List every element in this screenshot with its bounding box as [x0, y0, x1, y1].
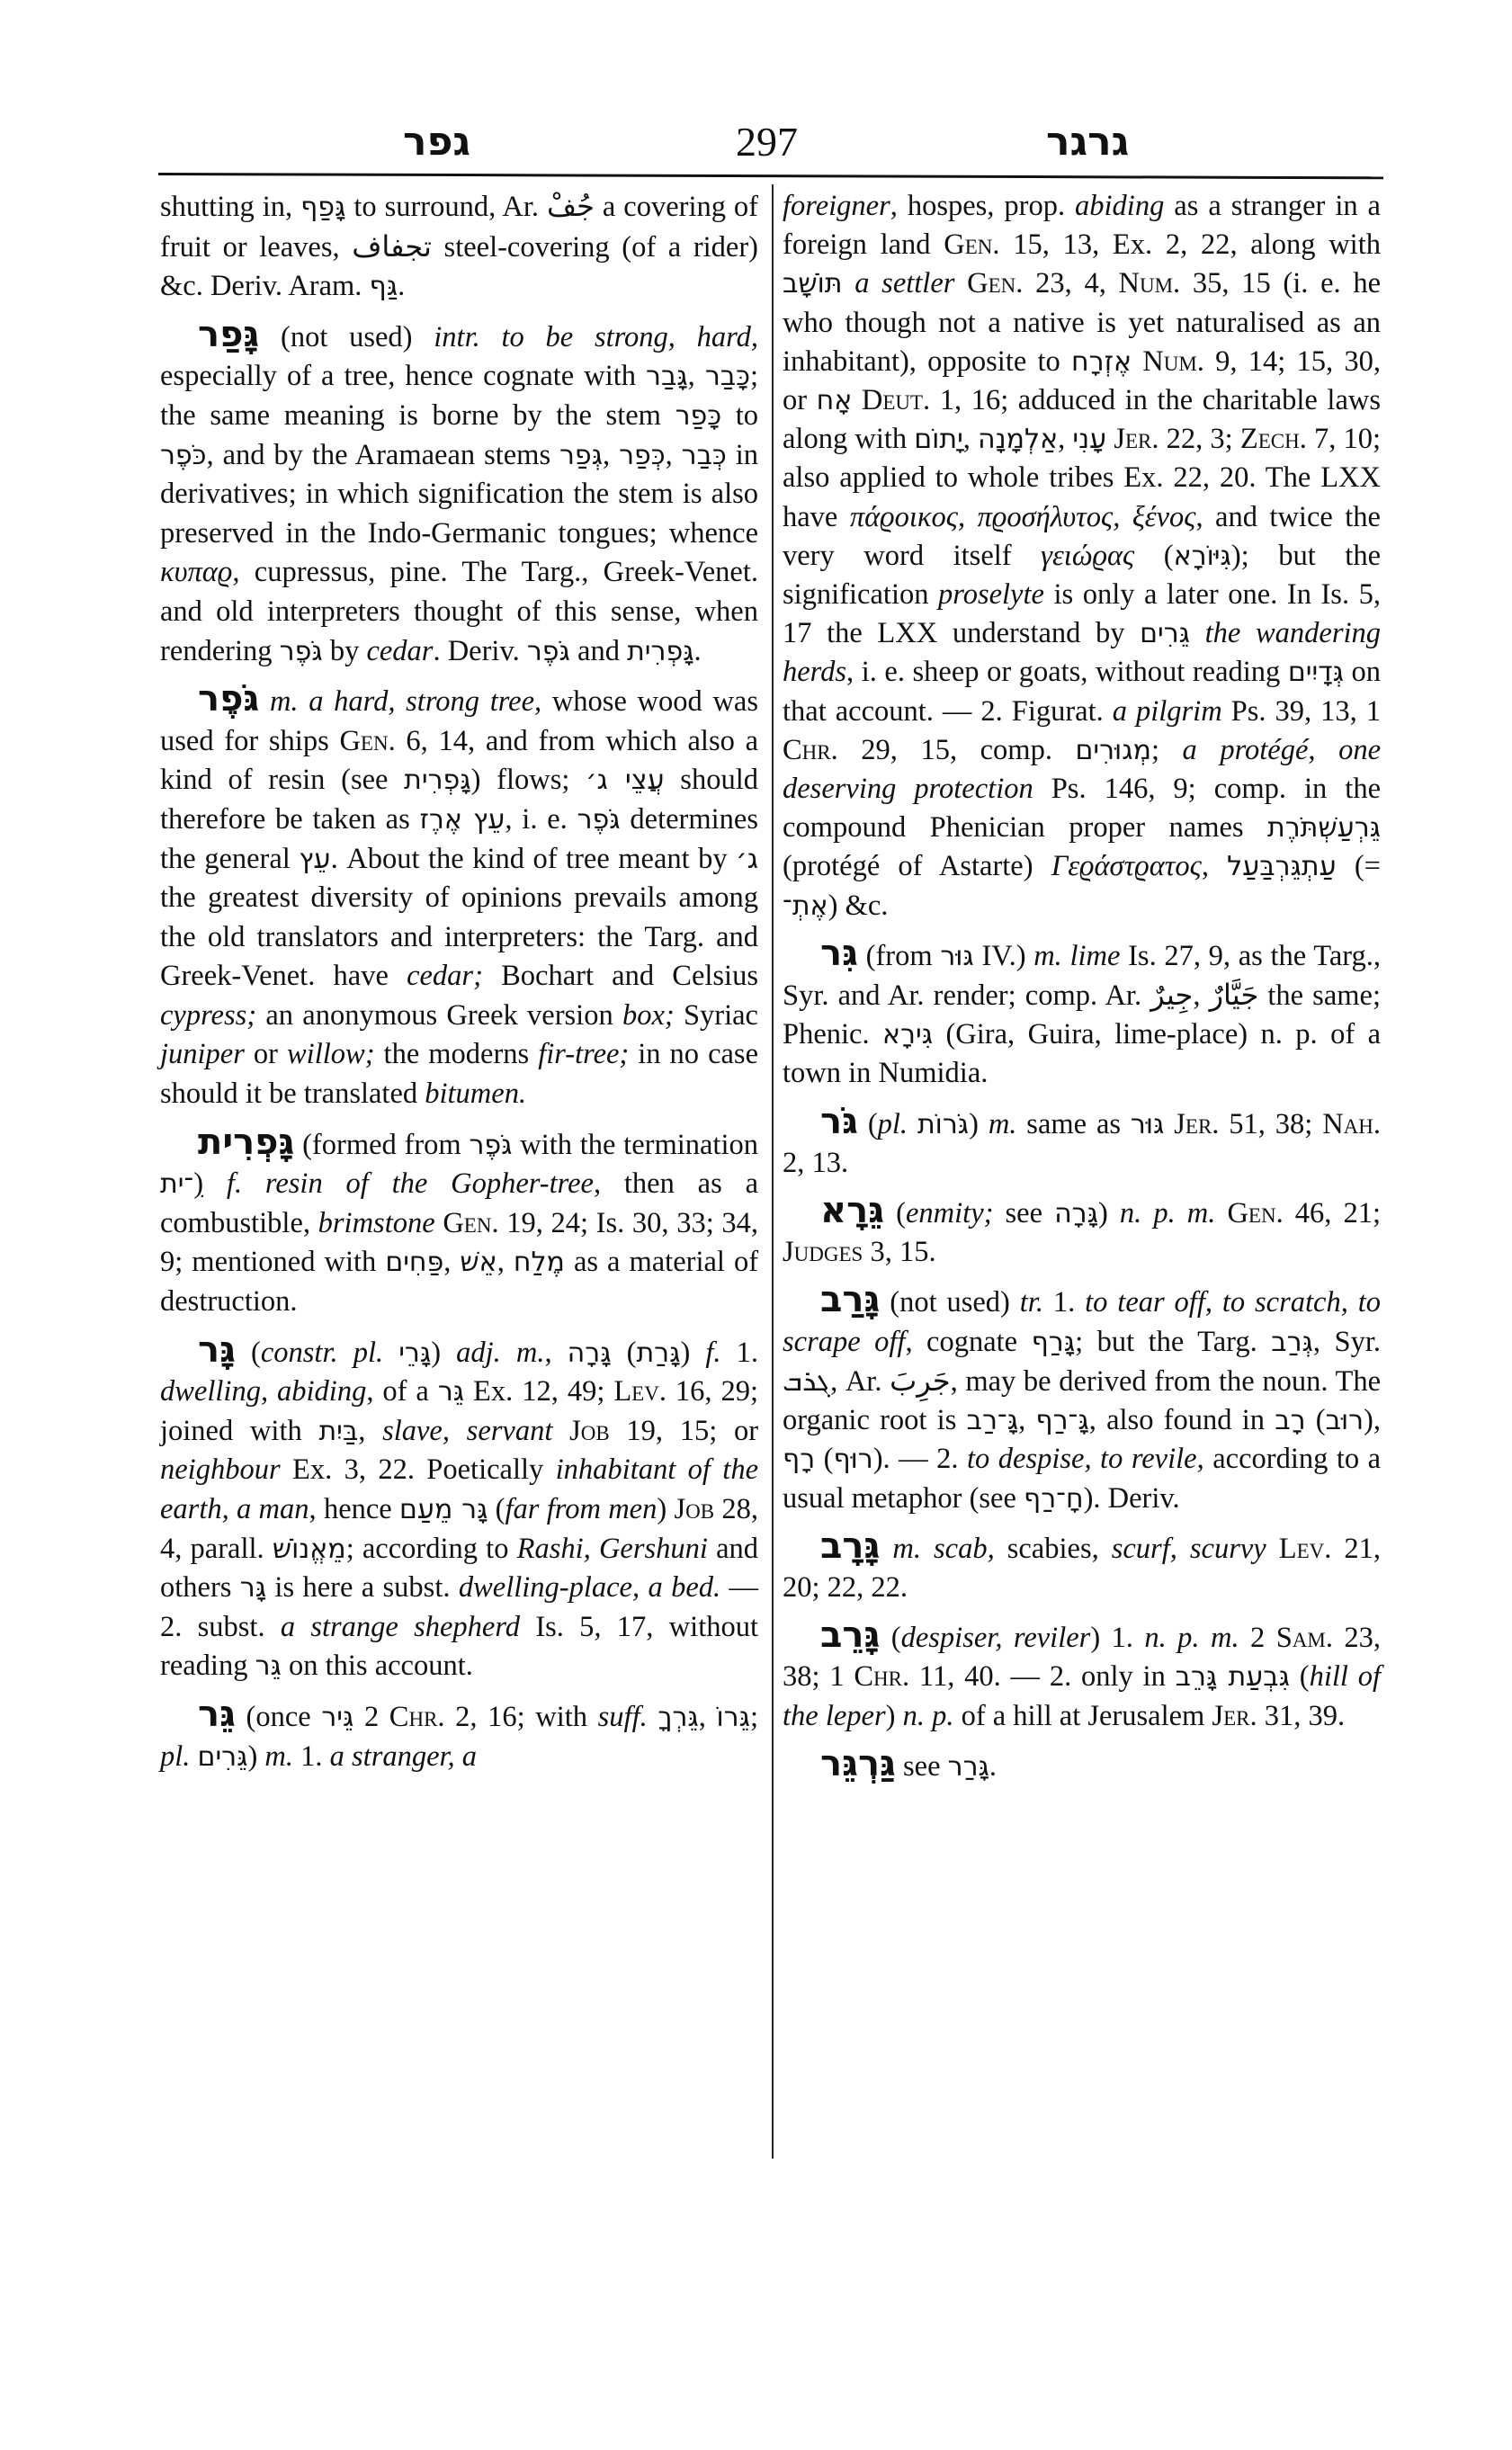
text-run: ( — [1306, 1404, 1326, 1436]
text-run: 19, 15; or — [610, 1415, 758, 1447]
text-run: , — [497, 1246, 514, 1278]
text-run: ( — [488, 1493, 505, 1525]
text-run: ). Deriv. — [1084, 1482, 1180, 1515]
book-abbrev: Chr. — [389, 1701, 445, 1733]
text-run: by — [323, 635, 367, 667]
text-run: to — [721, 399, 758, 432]
hebrew-word: גָּרַף — [1032, 1327, 1076, 1358]
hebrew-word: גְּפַר — [559, 440, 603, 471]
text-run: , hence — [309, 1493, 399, 1525]
book-abbrev: Job — [674, 1493, 714, 1525]
italic-run: enmity; — [906, 1197, 993, 1229]
italic-run: dwelling-place, a bed. — [459, 1571, 720, 1604]
text-run: , — [1202, 850, 1227, 882]
hebrew-word: גָּר מֵעַם — [399, 1494, 488, 1525]
hebrew-word: אֵשׁ — [460, 1247, 497, 1278]
italic-run: n. p. m. — [1144, 1622, 1239, 1654]
header-rule — [158, 173, 1383, 179]
italic-run: juniper — [160, 1038, 245, 1070]
text-run: is here a subst. — [266, 1571, 459, 1604]
hebrew-word: גְּדָיִים — [1288, 657, 1344, 688]
text-run: (not used) — [259, 321, 434, 353]
hebrew-word: גָּרָה — [568, 1337, 612, 1369]
italic-run: a strange shepherd — [281, 1611, 520, 1643]
text-run: 22, 3; — [1159, 423, 1240, 455]
text-run: , Syr. — [1313, 1326, 1381, 1358]
hebrew-word: גָּ־רַב — [967, 1405, 1018, 1436]
hebrew-word: אֶתְ־ — [783, 890, 828, 922]
hebrew-word: גַּף — [370, 271, 398, 302]
text-run: ; according to — [346, 1533, 517, 1565]
arabic-word: جُفْ — [547, 189, 595, 223]
hebrew-word: כְּבַר — [682, 440, 727, 471]
hebrew-word: עֲצֵי ג׳ — [586, 765, 665, 796]
dictionary-entry: גַּרְגֵּר see גָּרַר. — [783, 1745, 1381, 1786]
text-run — [954, 267, 967, 300]
left-column: shutting in, גָּפַף to surround, Ar. جُف… — [160, 187, 758, 1785]
headword: גָּר — [198, 1329, 236, 1371]
hebrew-word: גִּירָא — [882, 1019, 933, 1051]
text-run: ) — [657, 1493, 674, 1525]
text-run: ) — [969, 1108, 989, 1140]
text-run: , — [443, 1246, 460, 1278]
headword: גָּפְרִית — [198, 1122, 294, 1163]
text-run: 1. — [1043, 1286, 1085, 1319]
italic-run: tr. — [1020, 1286, 1043, 1319]
hebrew-word: גֵּרִים — [1140, 618, 1190, 649]
book-abbrev: Num. — [1142, 345, 1204, 378]
dictionary-entry: גָּרֵב (despiser, reviler) 1. n. p. m. 2… — [783, 1616, 1381, 1736]
hebrew-word: גֵּר — [438, 1376, 464, 1408]
text-run: ), — [1364, 1404, 1381, 1436]
text-run: shutting in, — [160, 191, 300, 223]
dictionary-entry: גֹּר (pl. גֹּרוֹת) m. same as גּוּר Jer.… — [783, 1103, 1381, 1183]
text-run — [648, 1701, 658, 1733]
book-abbrev: Gen. — [967, 267, 1023, 300]
hebrew-word: אֶזְרָח — [1071, 346, 1132, 378]
hebrew-word: גָּרֵי — [398, 1337, 431, 1369]
dictionary-page: גפר 297 גרגר shutting in, גָּפַף to surr… — [0, 0, 1512, 2450]
text-run: Ex. 12, 49; — [464, 1375, 613, 1408]
book-abbrev: Lev. — [1279, 1533, 1332, 1565]
italic-run: f. — [705, 1337, 720, 1369]
hebrew-word: גֵּרוֹ — [717, 1702, 750, 1733]
hebrew-word: אַלְמָנָה — [978, 424, 1058, 455]
text-run: ) — [1098, 1197, 1120, 1229]
book-abbrev: Chr. — [854, 1660, 909, 1693]
italic-run: to despise, to revile — [967, 1443, 1197, 1475]
text-run: . About the kind of tree meant by — [331, 843, 737, 875]
text-run — [1190, 617, 1205, 649]
text-run: ) — [431, 1337, 456, 1369]
book-abbrev: Gen. — [944, 228, 999, 261]
text-run: 2, 16; with — [445, 1701, 598, 1733]
text-run: , and by the Aramaean stems — [207, 439, 559, 471]
book-abbrev: Deut. — [862, 384, 930, 416]
text-run — [552, 1415, 569, 1447]
hebrew-word: עָנִי — [1072, 424, 1106, 455]
text-run: on this account. — [282, 1650, 473, 1682]
hebrew-word: רָף — [783, 1444, 815, 1475]
running-head: גפר 297 גרגר — [160, 115, 1383, 169]
text-run: , — [963, 423, 978, 455]
hebrew-word: גָּ־רַף — [1035, 1405, 1088, 1436]
italic-run: abiding — [1075, 190, 1164, 222]
text-run: scabies, — [995, 1533, 1112, 1565]
dictionary-entry: גָּרַב (not used) tr. 1. to tear off, to… — [783, 1281, 1381, 1517]
hebrew-word: גְּרַב — [1271, 1327, 1313, 1358]
italic-run: n. p. — [903, 1700, 954, 1732]
text-run: 46, 21; — [1284, 1197, 1381, 1229]
hebrew-word: פַּחִים — [385, 1247, 443, 1278]
hebrew-word: יָתוֹם — [914, 424, 963, 455]
text-run: ). — 2. — [873, 1443, 967, 1475]
hebrew-word: גָּר — [240, 1572, 266, 1604]
text-run: or — [245, 1038, 287, 1070]
book-abbrev: Gen. — [339, 725, 395, 757]
arabic-word: جِيرٌ — [1150, 978, 1193, 1012]
hebrew-word: בַּיִת — [318, 1416, 358, 1447]
hebrew-word: גָּרַת — [636, 1337, 680, 1369]
text-run: . — [694, 635, 702, 667]
text-run: 1. — [721, 1337, 758, 1369]
hebrew-word: עַתְגֵּרְבַּעַל — [1227, 851, 1337, 882]
book-abbrev: Gen. — [1227, 1197, 1283, 1229]
column-divider — [772, 184, 774, 2159]
text-run: an anonymous Greek version — [256, 999, 622, 1032]
hebrew-word: רוּף — [833, 1444, 872, 1475]
text-run: 15, 13, Ex. 2, 22, along with — [1000, 228, 1381, 261]
book-abbrev: Nah. — [1322, 1108, 1381, 1140]
headword: גַּרְגֵּר — [820, 1743, 896, 1784]
headword: גֹּפֶר — [198, 678, 259, 720]
text-run: 2 — [1239, 1622, 1276, 1654]
text-run: Bochart and Celsius — [483, 960, 758, 992]
hebrew-word: גָּבַר — [646, 361, 688, 392]
text-run: , i. e. — [505, 803, 577, 836]
arabic-word: ܓܪܒ — [783, 1364, 830, 1398]
italic-run: bitumen. — [425, 1077, 526, 1110]
book-abbrev: Jer. — [1174, 1108, 1219, 1140]
hebrew-word: גֵּרְךָ — [658, 1702, 698, 1733]
hebrew-word: עֵץ — [299, 844, 330, 875]
hebrew-word: גֹּפֶר — [280, 636, 323, 667]
hebrew-word: רָב — [1275, 1405, 1305, 1436]
italic-run: fir-tree; — [538, 1038, 629, 1070]
italic-run: dwelling, abiding — [160, 1375, 366, 1408]
hebrew-word: גֵּרְעַשְׁתֹּרֶת — [1267, 812, 1381, 844]
italic-run: box; — [622, 999, 675, 1032]
text-run — [1164, 1108, 1174, 1140]
entry-continuation: shutting in, גָּפַף to surround, Ar. جُف… — [160, 187, 758, 307]
text-run: of a hill at Jerusalem — [953, 1700, 1212, 1732]
text-run: 2, 13. — [783, 1147, 848, 1179]
text-run: , — [544, 1337, 567, 1369]
hebrew-word: תּוֹשָׁב — [783, 268, 843, 300]
italic-run: foreigner — [783, 190, 890, 222]
text-run: ( — [236, 1337, 261, 1369]
dictionary-entry: גֵּר (once גֵּיר 2 Chr. 2, 16; with suff… — [160, 1695, 758, 1776]
text-run: , hospes, prop. — [890, 190, 1075, 222]
text-run: 2 — [353, 1701, 389, 1733]
headword: גָּרָב — [820, 1525, 880, 1567]
text-run: , — [358, 1415, 382, 1447]
text-run: , — [1193, 979, 1209, 1012]
text-run — [190, 1740, 197, 1773]
headword: גָּפַר — [198, 314, 259, 355]
italic-run: intr. to be strong, hard, — [434, 321, 758, 353]
book-abbrev: Gen. — [443, 1207, 498, 1239]
hebrew-word: רוּב — [1326, 1405, 1364, 1436]
book-abbrev: Zech. — [1240, 423, 1307, 455]
hebrew-word: כֹּפֶר — [160, 440, 207, 471]
italic-run: suff. — [598, 1701, 648, 1733]
italic-run: m. scab, — [892, 1533, 994, 1565]
text-run: . Deriv. — [433, 635, 526, 667]
hebrew-word: גּוּר — [940, 941, 973, 972]
text-run: ( — [1134, 540, 1173, 572]
guide-word-left: גפר — [403, 115, 470, 169]
hebrew-word: כָּבַר — [705, 361, 750, 392]
text-run: ; — [1151, 734, 1183, 766]
dictionary-entry: גָּפַר (not used) intr. to be strong, ha… — [160, 316, 758, 671]
italic-run: far from men — [505, 1493, 658, 1525]
text-run: . — [989, 1750, 997, 1783]
italic-run: despiser, reviler — [901, 1622, 1091, 1654]
text-run: same as — [1016, 1108, 1130, 1140]
italic-run: neighbour — [160, 1453, 281, 1486]
italic-run: m. lime — [1033, 940, 1120, 972]
italic-run: pl. — [160, 1740, 190, 1773]
dictionary-entry: גֹּפֶר m. a hard, strong tree, whose woo… — [160, 680, 758, 1114]
text-run: ( — [815, 1443, 833, 1475]
headword: גָּרֵב — [820, 1614, 880, 1656]
text-run: to surround, Ar. — [345, 191, 547, 223]
text-run: 23, 4, — [1023, 267, 1118, 300]
text-run: ) flows; — [471, 764, 586, 796]
hebrew-word: גָּפְרִית — [404, 765, 470, 796]
text-run: , cognate — [905, 1326, 1031, 1358]
text-run — [908, 1108, 917, 1140]
text-run: ; but the Targ. — [1075, 1326, 1271, 1358]
text-run: , — [699, 1701, 717, 1733]
text-run: (protégé of Astarte) — [783, 850, 1051, 882]
text-run: , — [603, 439, 619, 471]
headword: גֵּר — [198, 1694, 236, 1735]
text-run: , also found in — [1089, 1404, 1275, 1436]
book-abbrev: Sam. — [1276, 1622, 1333, 1654]
hebrew-word: מֶלַח — [514, 1247, 565, 1278]
text-run: , — [1018, 1404, 1035, 1436]
text-run: 29, 15, comp. — [838, 734, 1076, 766]
text-run: ; — [750, 1701, 758, 1733]
arabic-word: جَرِبَ — [890, 1364, 951, 1398]
hebrew-word: חָ־רַף — [1024, 1483, 1084, 1515]
text-run: 51, 38; — [1219, 1108, 1322, 1140]
italic-run: adj. m. — [456, 1337, 544, 1369]
greek-word: κυπαϱ — [160, 556, 232, 588]
italic-run: slave, servant — [382, 1415, 552, 1447]
text-run — [1266, 1533, 1279, 1565]
italic-run: willow; — [287, 1038, 375, 1070]
italic-run: pl. — [878, 1108, 908, 1140]
text-run: (formed from — [294, 1129, 469, 1161]
text-run: ) &c. — [828, 890, 889, 922]
text-run: 31, 39. — [1257, 1700, 1346, 1732]
italic-run: f. resin of the Gopher-tree — [227, 1167, 594, 1200]
text-run: ( — [612, 1337, 637, 1369]
headword: גֵּרָא — [820, 1190, 884, 1231]
hebrew-word: גָּפְרִית — [627, 636, 693, 667]
text-run: , — [1058, 423, 1072, 455]
hebrew-word: כְּפַר — [619, 440, 666, 471]
text-run: 11, 40. — 2. only in — [909, 1660, 1176, 1693]
hebrew-word: כָּפַר — [675, 400, 722, 432]
text-run — [1215, 1197, 1227, 1229]
text-run: ( — [858, 1108, 878, 1140]
italic-run: m. — [989, 1108, 1017, 1140]
text-run: ) — [247, 1740, 264, 1773]
dictionary-entry: גָּר (constr. pl. גָּרֵי) adj. m., גָּרָ… — [160, 1331, 758, 1686]
text-run: ) — [193, 1167, 227, 1200]
book-abbrev: Chr. — [783, 734, 838, 766]
hebrew-word: מְגוּרִים — [1076, 735, 1151, 766]
text-run: 1. — [293, 1740, 330, 1773]
text-run: (from — [858, 940, 940, 972]
text-run: with the termination — [512, 1129, 758, 1161]
hebrew-word: גָּפַף — [300, 192, 345, 223]
italic-run: Rashi, Gershuni — [517, 1533, 708, 1565]
text-run: ( — [1290, 1660, 1310, 1693]
italic-run: m. — [264, 1740, 293, 1773]
hebrew-word: ִ־ית — [160, 1168, 193, 1200]
hebrew-word: גֵּר — [255, 1650, 282, 1682]
text-run: , of a — [366, 1375, 437, 1408]
text-run: ) — [680, 1337, 705, 1369]
text-run — [383, 1337, 398, 1369]
book-abbrev: Jer. — [1212, 1700, 1257, 1732]
text-run — [435, 1207, 443, 1239]
hebrew-word: אָח — [817, 385, 853, 416]
italic-run: cedar — [366, 635, 433, 667]
text-run: ( — [884, 1197, 906, 1229]
text-run: ( — [880, 1622, 900, 1654]
hebrew-word: גֵּרִים — [198, 1741, 248, 1773]
book-abbrev: Job — [569, 1415, 610, 1447]
text-run: Ps. 39, 13, 1 — [1222, 695, 1381, 728]
text-run: see — [896, 1750, 948, 1783]
dictionary-entry: גָּפְרִית (formed from גֹּפֶר with the t… — [160, 1123, 758, 1322]
right-column: foreigner, hospes, prop. abiding as a st… — [783, 187, 1381, 1795]
hebrew-word: גִּיּוֹרָא — [1174, 541, 1231, 572]
arabic-word: تجفاف — [352, 229, 432, 264]
arabic-word: جَيَّارٌ — [1210, 978, 1259, 1012]
hebrew-word: עֵץ אֶרֶז — [420, 804, 505, 836]
text-run — [1132, 345, 1142, 378]
italic-run: a stranger, a — [330, 1740, 477, 1773]
hebrew-word: גֵּיר — [321, 1702, 353, 1733]
hebrew-word: ג׳ — [736, 844, 758, 875]
italic-run: m. a hard, strong tree, — [270, 685, 541, 718]
greek-word: πάϱοικος, πϱοσήλυτος, ξένος — [850, 501, 1196, 533]
text-run: IV.) — [974, 940, 1033, 972]
guide-word-right: גרגר — [1046, 115, 1129, 169]
book-abbrev: Judges — [783, 1236, 863, 1268]
hebrew-word: גֹּפֶר — [527, 636, 570, 667]
text-run: , — [666, 439, 682, 471]
text-run: (not used) — [880, 1286, 1019, 1319]
text-run: (= — [1337, 850, 1381, 882]
text-run: ) 1. — [1090, 1622, 1144, 1654]
text-run — [852, 384, 862, 416]
dictionary-entry: גֵּרָא (enmity; see גָּרָה) n. p. m. Gen… — [783, 1192, 1381, 1272]
headword: גִּר — [820, 933, 858, 974]
page-number: 297 — [736, 115, 798, 169]
italic-run: proselyte — [938, 578, 1044, 611]
text-run: see — [993, 1197, 1054, 1229]
hebrew-word: מֵאֱנוֹשׁ — [273, 1533, 346, 1565]
italic-run: cedar; — [407, 960, 483, 992]
book-abbrev: Num. — [1119, 267, 1181, 300]
italic-run: a pilgrim — [1113, 695, 1222, 728]
italic-run: cypress; — [160, 999, 256, 1032]
text-run: and — [570, 635, 627, 667]
italic-run: scurf, scurvy — [1112, 1533, 1266, 1565]
hebrew-word: גֹּפֶר — [577, 804, 621, 836]
text-run: , Ar. — [830, 1365, 890, 1398]
text-run — [843, 267, 855, 300]
text-run: ) — [886, 1700, 903, 1732]
italic-run: n. p. m. — [1120, 1197, 1215, 1229]
hebrew-word: גָּרַר — [948, 1751, 989, 1783]
text-run: 3, 15. — [863, 1236, 935, 1268]
greek-word: γειώϱας — [1041, 540, 1134, 572]
text-run: , i. e. sheep or goats, without reading — [846, 656, 1288, 688]
text-run: the moderns — [375, 1038, 539, 1070]
headword: גֹּר — [820, 1101, 858, 1142]
italic-run: brimstone — [318, 1207, 435, 1239]
text-run: Syriac — [675, 999, 758, 1032]
italic-run: a settler — [854, 267, 954, 300]
italic-run: constr. pl. — [261, 1337, 383, 1369]
text-run — [880, 1533, 892, 1565]
book-abbrev: Lev. — [613, 1375, 667, 1408]
entry-continuation: foreigner, hospes, prop. abiding as a st… — [783, 187, 1381, 925]
hebrew-word: גֹּפֶר — [469, 1130, 512, 1161]
text-run — [259, 685, 270, 718]
hebrew-word: גִּבְעַת גָּרֵב — [1176, 1661, 1290, 1693]
text-run: , — [688, 360, 705, 392]
text-run: especially of a tree, hence cognate with — [160, 360, 646, 392]
hebrew-word: גּוּר — [1131, 1109, 1164, 1140]
hebrew-word: גָּרָה — [1054, 1198, 1098, 1229]
headword: גָּרַב — [820, 1279, 880, 1320]
text-run: (once — [236, 1701, 321, 1733]
dictionary-entry: גָּרָב m. scab, scabies, scurf, scurvy L… — [783, 1527, 1381, 1607]
hebrew-word: גֹּרוֹת — [917, 1109, 969, 1140]
text-run: Ex. 3, 22. Poetically — [281, 1453, 556, 1486]
text-run: . — [398, 270, 405, 302]
greek-word: Γεϱάστϱατος — [1051, 850, 1202, 882]
book-abbrev: Jer. — [1114, 423, 1159, 455]
dictionary-entry: גִּר (from גּוּר IV.) m. lime Is. 27, 9,… — [783, 934, 1381, 1094]
